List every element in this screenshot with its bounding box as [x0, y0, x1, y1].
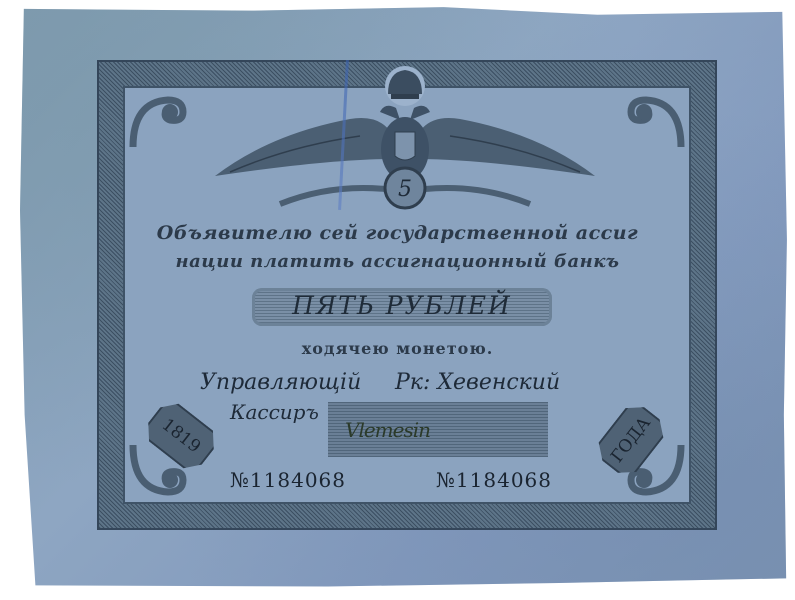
cashier-label: Кассиръ — [230, 400, 319, 424]
text-line-2: нации платить ассигнационный банкъ — [0, 251, 795, 272]
text-line-1: Объявителю сей государственной ассиг — [0, 222, 795, 244]
manager-label: Управляющій — [200, 370, 361, 395]
currency-text: ходячею монетою. — [0, 339, 795, 358]
serial-number-left: №1184068 — [230, 468, 346, 492]
double-headed-eagle-icon: 5 — [210, 64, 600, 219]
svg-text:5: 5 — [398, 177, 412, 202]
cashier-signature: Vlemesin — [345, 418, 430, 442]
denomination-text: ПЯТЬ РУБЛЕЙ — [252, 291, 552, 320]
scroll-ornament-icon — [128, 92, 188, 152]
serial-number-right: №1184068 — [436, 468, 552, 492]
year-text: 1819 — [158, 415, 204, 457]
scroll-ornament-icon — [626, 92, 686, 152]
manager-signature: Рк: Хевенский — [395, 370, 560, 395]
